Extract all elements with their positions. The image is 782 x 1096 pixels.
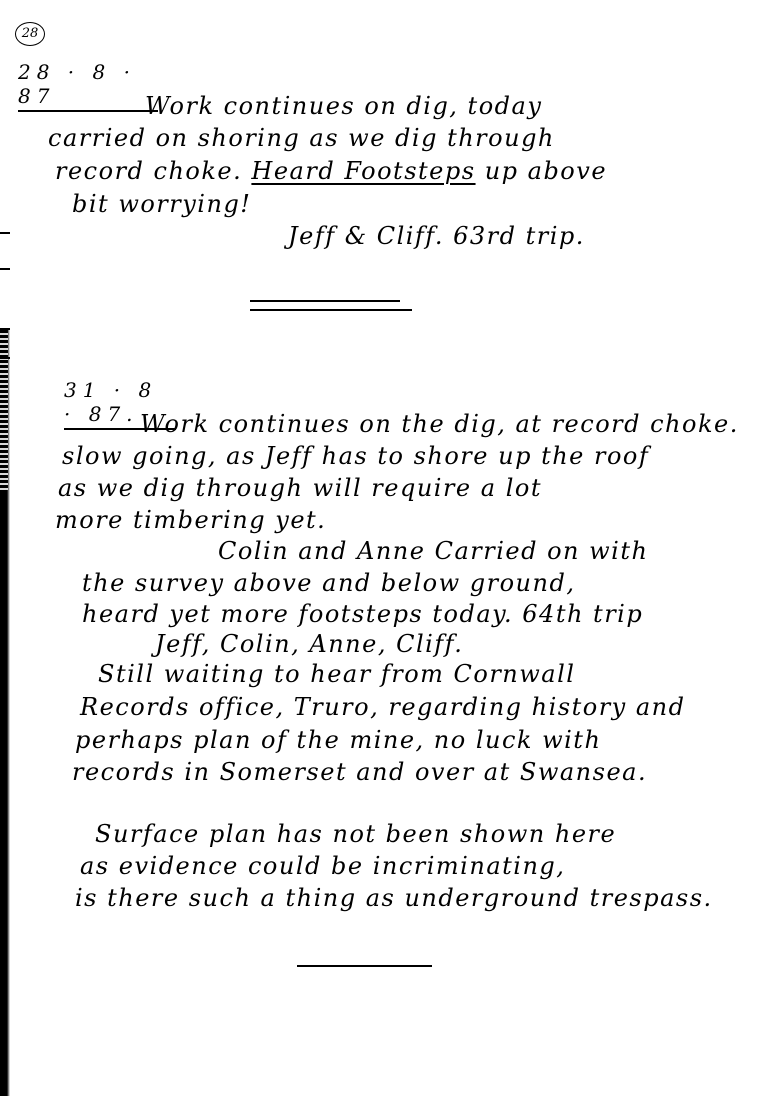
margin-tick — [0, 232, 10, 234]
entry-text: up above — [485, 157, 607, 185]
entry-line: slow going, as Jeff has to shore up the … — [62, 442, 649, 470]
entry-line: the survey above and below ground, — [82, 569, 575, 597]
separator-rule — [250, 300, 400, 302]
entry-date: 28 · 8 · 87 — [18, 60, 158, 112]
entry-line: Surface plan has not been shown here — [95, 820, 616, 848]
entry-line: heard yet more footsteps today. 64th tri… — [82, 600, 643, 628]
separator-rule — [250, 309, 412, 311]
entry-line: perhaps plan of the mine, no luck with — [75, 726, 601, 754]
entry-line: record choke. Heard Footsteps up above — [55, 157, 607, 185]
page-number: 28 — [15, 22, 45, 46]
entry-line: carried on shoring as we dig through — [48, 124, 555, 152]
entry-line: Still waiting to hear from Cornwall — [98, 660, 575, 688]
entry-line: Jeff & Cliff. 63rd trip. — [288, 222, 585, 250]
entry-line: is there such a thing as underground tre… — [75, 884, 713, 912]
entry-line: Jeff, Colin, Anne, Cliff. — [155, 630, 463, 658]
entry-line: as we dig through will require a lot — [58, 474, 542, 502]
entry-line: as evidence could be incriminating, — [80, 852, 565, 880]
margin-tick — [0, 268, 10, 270]
underlined-phrase: Heard Footsteps — [251, 157, 475, 185]
margin-tick — [0, 328, 10, 330]
entry-line: more timbering yet. — [55, 506, 326, 534]
end-rule — [297, 965, 432, 967]
entry-line: Work continues on dig, today — [145, 92, 542, 120]
entry-text: record choke. — [55, 157, 242, 185]
entry-line: Colin and Anne Carried on with — [218, 537, 648, 565]
entry-line: Work continues on the dig, at record cho… — [140, 410, 739, 438]
entry-line: records in Somerset and over at Swansea. — [72, 758, 647, 786]
margin-tick — [0, 357, 10, 359]
entry-line: bit worrying! — [72, 190, 251, 218]
scan-edge-noise — [0, 330, 8, 490]
entry-line: Records office, Truro, regarding history… — [80, 693, 686, 721]
